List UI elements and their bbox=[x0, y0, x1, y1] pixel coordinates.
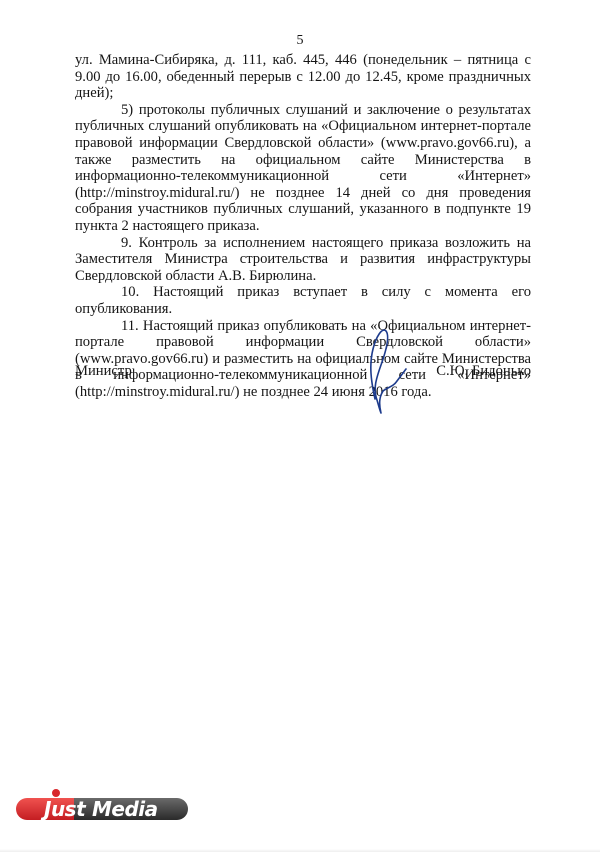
paragraph-address-continuation: ул. Мамина-Сибиряка, д. 111, каб. 445, 4… bbox=[75, 52, 531, 102]
signatory-title: Министр bbox=[75, 362, 132, 380]
signature-block: Министр С.Ю. Бидонько bbox=[75, 362, 531, 382]
logo-text-media: Media bbox=[92, 797, 158, 821]
justmedia-logo-icon: Just Media bbox=[14, 788, 190, 824]
signatory-name: С.Ю. Бидонько bbox=[436, 362, 531, 380]
paragraph-item-10: 10. Настоящий приказ вступает в силу с м… bbox=[75, 284, 531, 317]
paragraph-item-11: 11. Настоящий приказ опубликовать на «Оф… bbox=[75, 318, 531, 401]
logo-text-just: Just bbox=[40, 797, 87, 821]
paragraph-item-9: 9. Контроль за исполнением настоящего пр… bbox=[75, 235, 531, 285]
document-body: ул. Мамина-Сибиряка, д. 111, каб. 445, 4… bbox=[75, 52, 531, 400]
handwritten-signature-icon bbox=[355, 325, 415, 415]
page-number: 5 bbox=[0, 33, 600, 49]
paragraph-item-5: 5) протоколы публичных слушаний и заключ… bbox=[75, 102, 531, 235]
